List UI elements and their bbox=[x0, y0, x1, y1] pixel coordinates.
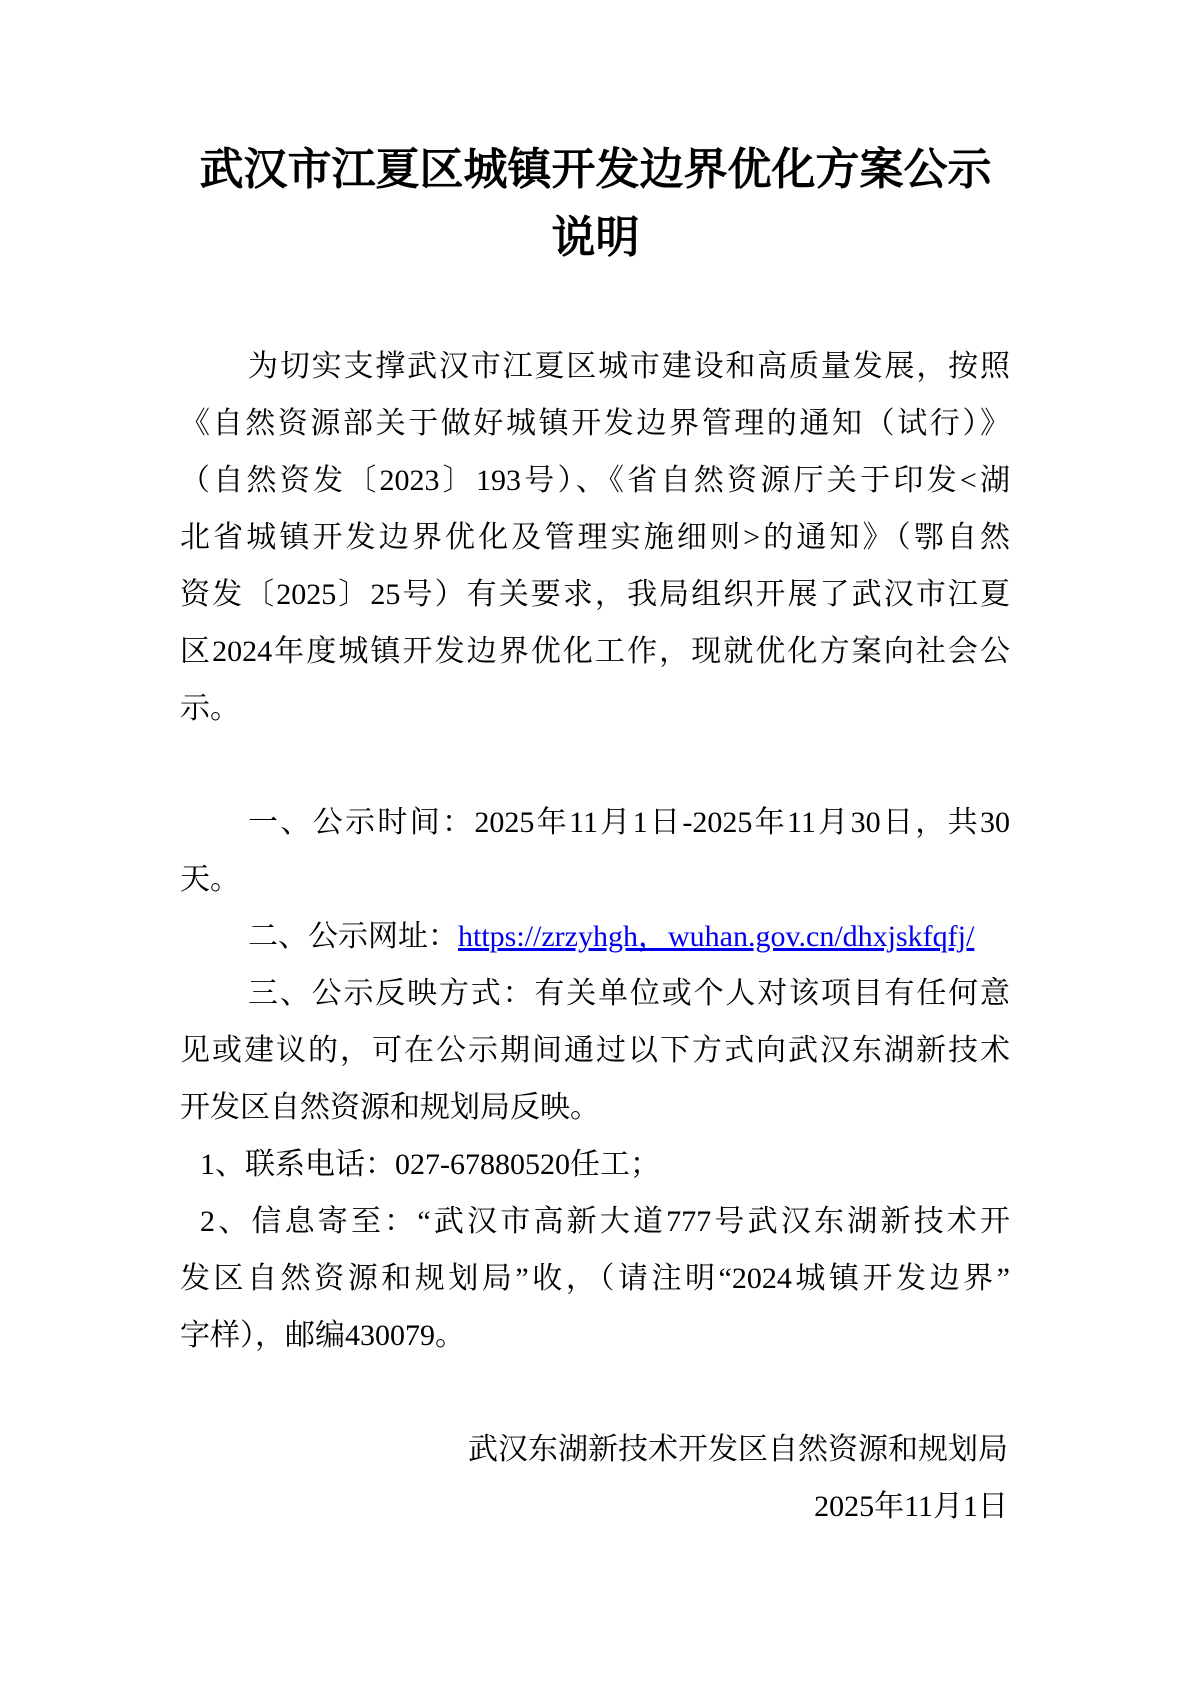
para1-line1: 为切实支撑武汉市江夏区城市建设和高质量发展，按照 bbox=[180, 338, 1010, 395]
notice-document-page: 武汉市江夏区城镇开发边界优化方案公示 说明 为切实支撑武汉市江夏区城市建设和高质… bbox=[0, 0, 1191, 1684]
contact-mail-line2: 发区自然资源和规划局”收，（请注明“2024城镇开发边界” bbox=[180, 1250, 1010, 1307]
title-line-2: 说明 bbox=[0, 204, 1191, 272]
contact-mail-line1: 2、信息寄至：“武汉市高新大道777号武汉东湖新技术开 bbox=[180, 1193, 1010, 1250]
link-line-prefix: 二、公示网址： bbox=[248, 920, 458, 953]
para1-line4: 北省城镇开发边界优化及管理实施细则>的通知》（鄂自然 bbox=[180, 509, 1010, 566]
document-title: 武汉市江夏区城镇开发边界优化方案公示 说明 bbox=[0, 136, 1191, 272]
item1-line2: 天。 bbox=[180, 851, 1010, 908]
contact-phone-line: 1、联系电话：027-67880520任工； bbox=[180, 1136, 1010, 1193]
para1-line3: （自然资发〔2023〕193号）、《省自然资源厅关于印发<湖 bbox=[180, 452, 1010, 509]
blank-line bbox=[180, 1364, 1010, 1421]
blank-line bbox=[180, 737, 1010, 794]
item3-line1: 三、公示反映方式：有关单位或个人对该项目有任何意 bbox=[180, 965, 1010, 1022]
item3-line2: 见或建议的，可在公示期间通过以下方式向武汉东湖新技术 bbox=[180, 1022, 1010, 1079]
para1-line2: 《自然资源部关于做好城镇开发边界管理的通知（试行）》 bbox=[180, 395, 1010, 452]
para1-line5: 资发〔2025〕25号）有关要求，我局组织开展了武汉市江夏 bbox=[180, 566, 1010, 623]
document-body: 为切实支撑武汉市江夏区城市建设和高质量发展，按照《自然资源部关于做好城镇开发边界… bbox=[180, 338, 1010, 1535]
contact-mail-line3: 字样），邮编430079。 bbox=[180, 1307, 1010, 1364]
notice-url-link[interactable]: https://zrzyhgh，wuhan.gov.cn/dhxjskfqfj/ bbox=[458, 920, 974, 953]
signature-org: 武汉东湖新技术开发区自然资源和规划局 bbox=[180, 1421, 1010, 1478]
item3-line3: 开发区自然资源和规划局反映。 bbox=[180, 1079, 1010, 1136]
item2-line1: 二、公示网址：https://zrzyhgh，wuhan.gov.cn/dhxj… bbox=[180, 908, 1010, 965]
para1-line6: 区2024年度城镇开发边界优化工作，现就优化方案向社会公 bbox=[180, 623, 1010, 680]
signature-date: 2025年11月1日 bbox=[180, 1478, 1010, 1535]
para1-line7: 示。 bbox=[180, 680, 1010, 737]
title-line-1: 武汉市江夏区城镇开发边界优化方案公示 bbox=[0, 136, 1191, 204]
item1-line1: 一、公示时间：2025年11月1日-2025年11月30日，共30 bbox=[180, 794, 1010, 851]
